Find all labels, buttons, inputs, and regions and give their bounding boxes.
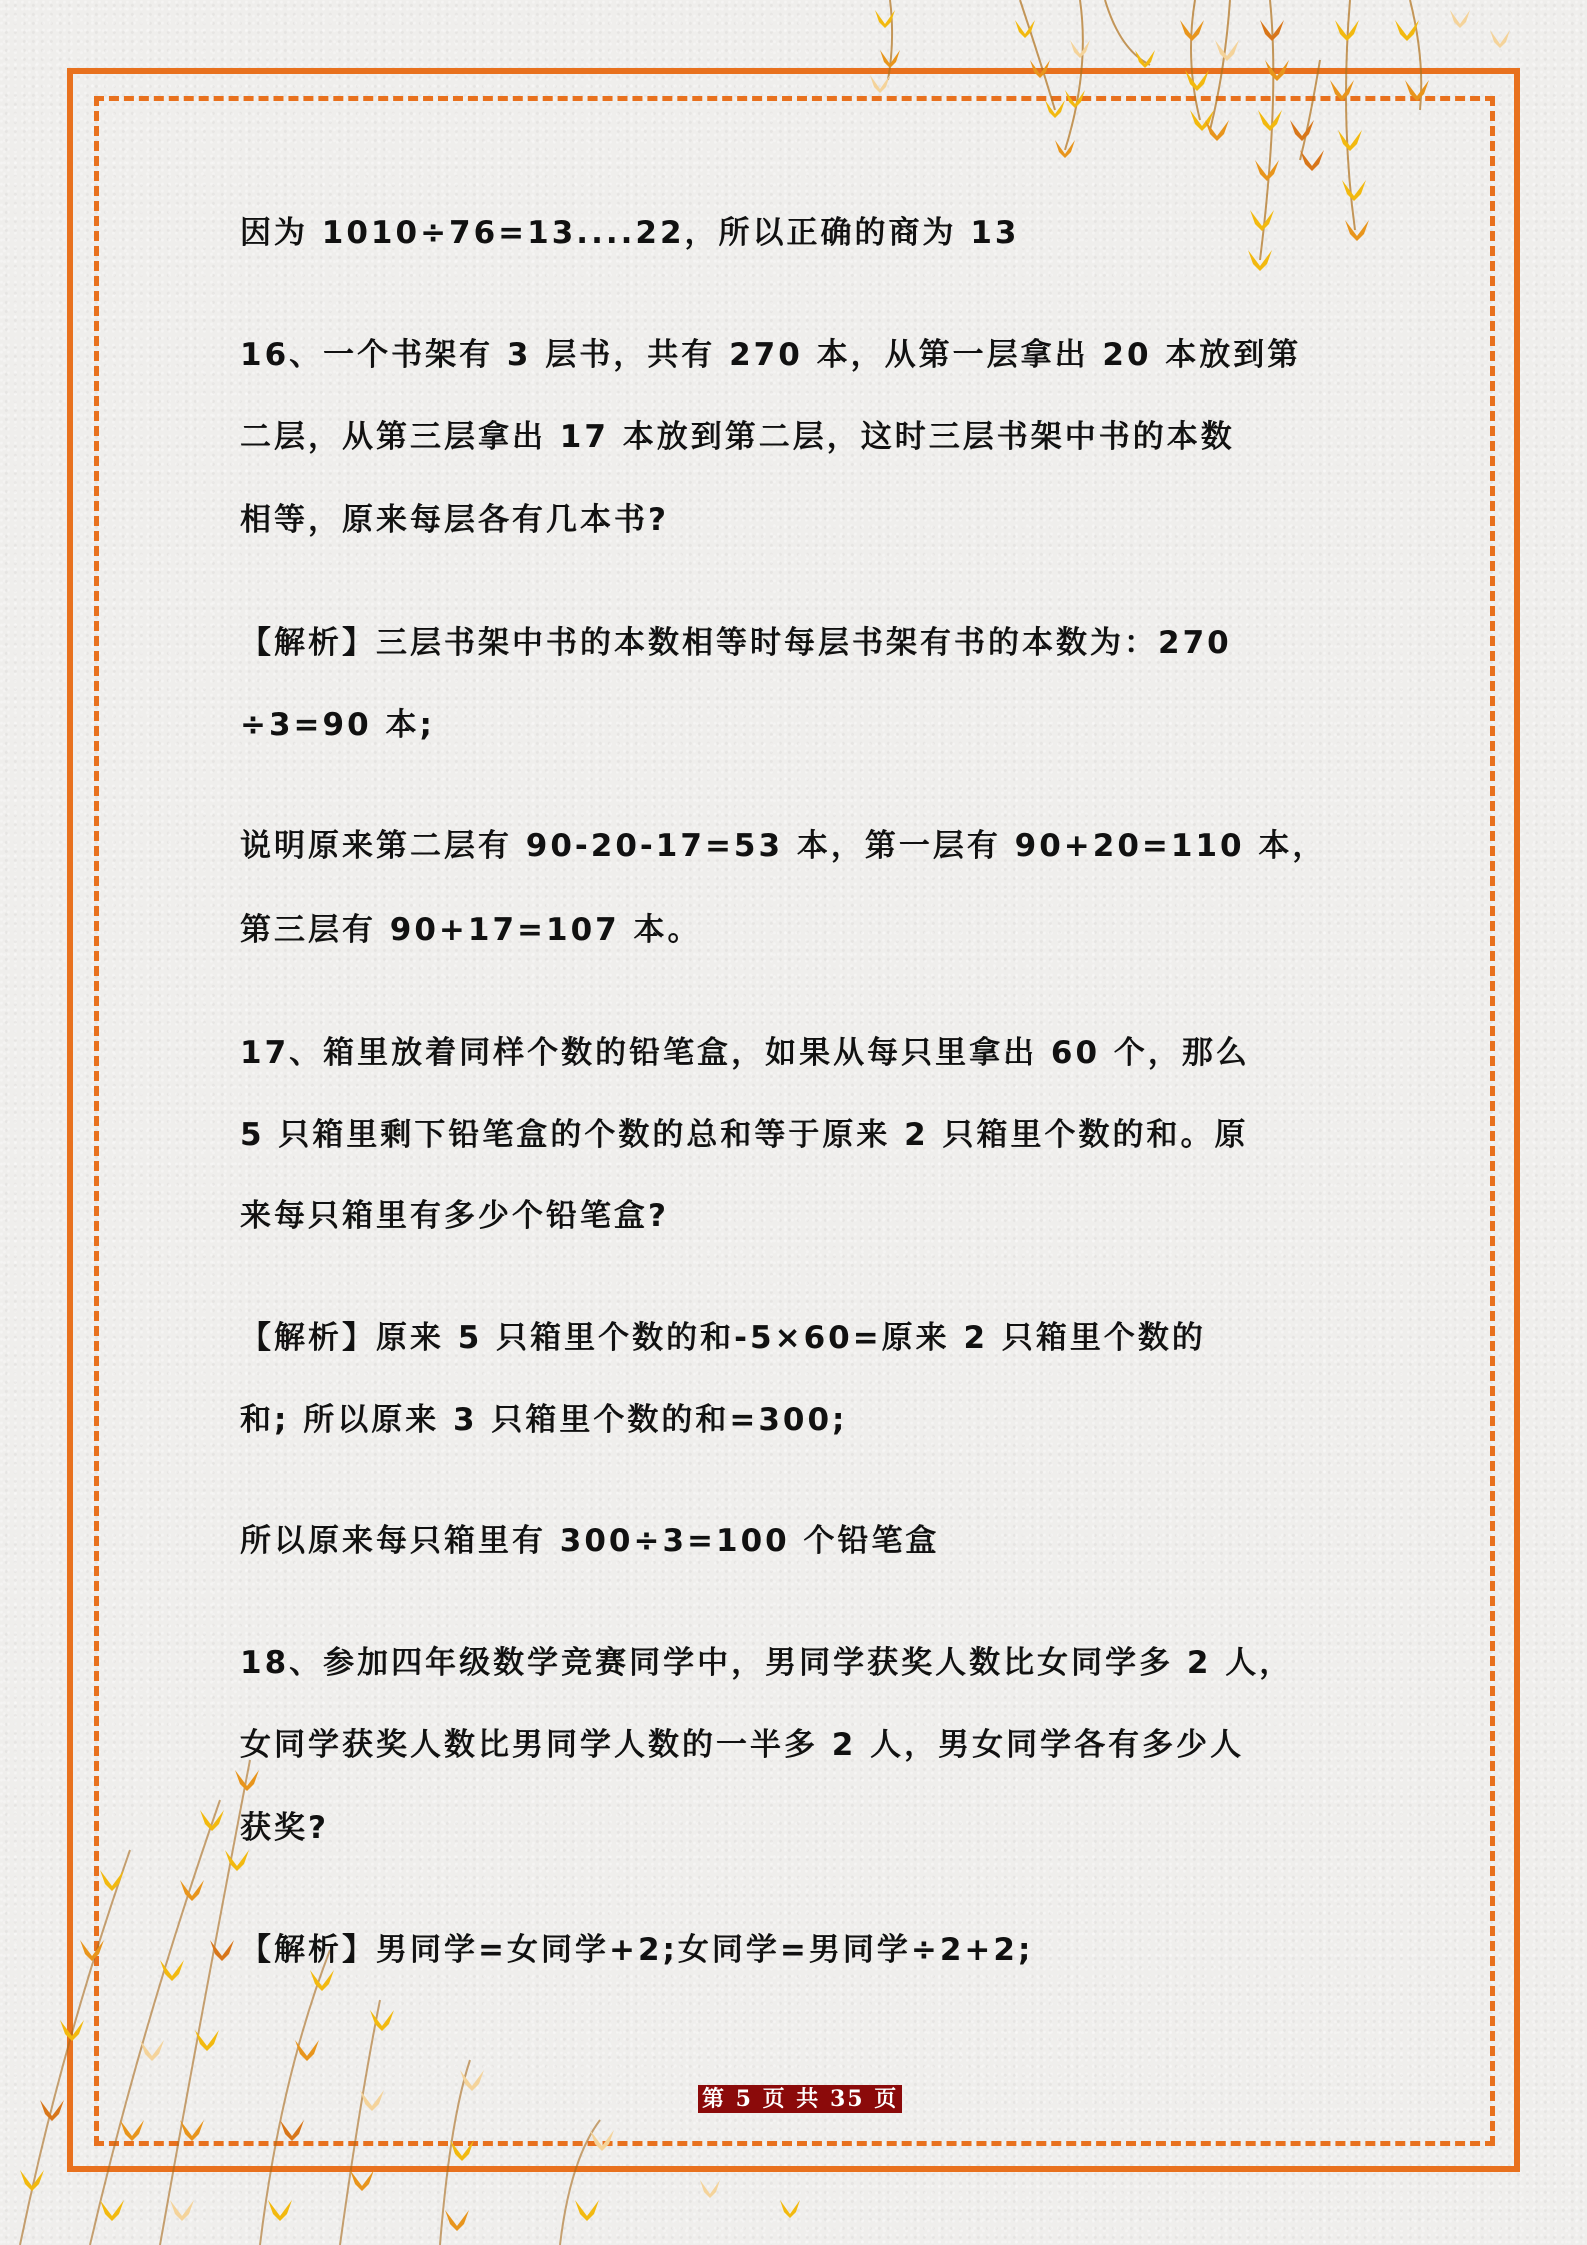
question-18-line-2: 女同学获奖人数比男同学人数的一半多 2 人，男女同学各有多少人 [240,1725,1244,1765]
analysis-17-line-1: 【解析】原来 5 只箱里个数的和-5×60=原来 2 只箱里个数的 [240,1318,1206,1358]
text-line: 因为 1010÷76=13....22，所以正确的商为 13 [240,213,1019,253]
question-17-line-1: 17、箱里放着同样个数的铅笔盒，如果从每只里拿出 60 个，那么 [240,1033,1250,1073]
question-17-line-2: 5 只箱里剩下铅笔盒的个数的总和等于原来 2 只箱里个数的和。原 [240,1115,1249,1155]
analysis-18-line-1: 【解析】男同学=女同学+2;女同学=男同学÷2+2; [240,1930,1033,1970]
question-18-line-1: 18、参加四年级数学竞赛同学中，男同学获奖人数比女同学多 2 人， [240,1643,1293,1683]
question-16-line-3: 相等，原来每层各有几本书? [240,500,669,540]
analysis-16-line-3: 说明原来第二层有 90-20-17=53 本，第一层有 90+20=110 本， [240,826,1326,866]
analysis-17-line-2: 和; 所以原来 3 只箱里个数的和=300; [240,1400,847,1440]
question-17-line-3: 来每只箱里有多少个铅笔盒? [240,1196,669,1236]
page-number-badge: 第 5 页 共 35 页 [698,2085,902,2113]
question-16-line-2: 二层，从第三层拿出 17 本放到第二层，这时三层书架中书的本数 [240,417,1235,457]
analysis-17-line-3: 所以原来每只箱里有 300÷3=100 个铅笔盒 [240,1521,940,1561]
analysis-16-line-2: ÷3=90 本; [240,705,435,745]
analysis-16-line-1: 【解析】三层书架中书的本数相等时每层书架有书的本数为：270 [240,623,1232,663]
question-16-line-1: 16、一个书架有 3 层书，共有 270 本，从第一层拿出 20 本放到第 [240,335,1301,375]
analysis-16-line-4: 第三层有 90+17=107 本。 [240,910,702,950]
question-18-line-3: 获奖? [240,1808,329,1848]
